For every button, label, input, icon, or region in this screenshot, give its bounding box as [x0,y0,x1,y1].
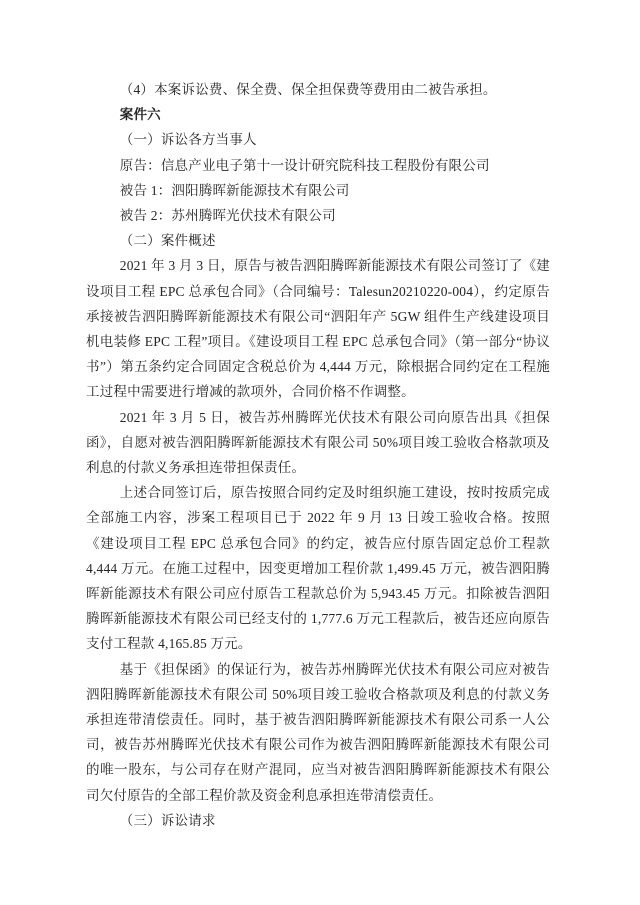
heading-section-claims: （三）诉讼请求 [86,808,550,833]
para-guarantee-letter: 2021 年 3 月 5 日，被告苏州腾晖光伏技术有限公司向原告出具《担保函》，… [86,405,550,481]
heading-section-overview: （二）案件概述 [86,228,550,253]
document-page: （4）本案诉讼费、保全费、保全担保费等费用由二被告承担。 案件六 （一）诉讼各方… [0,0,640,905]
line-defendant-1: 被告 1：泗阳腾晖新能源技术有限公司 [86,178,550,203]
para-project-completion: 上述合同签订后，原告按照合同约定及时组织施工建设，按时按质完成全部施工内容，涉案… [86,480,550,656]
para-contract-signing: 2021 年 3 月 3 日，原告与被告泗阳腾晖新能源技术有限公司签订了《建设项… [86,253,550,404]
heading-section-parties: （一）诉讼各方当事人 [86,127,550,152]
line-plaintiff: 原告：信息产业电子第十一设计研究院科技工程股份有限公司 [86,153,550,178]
line-defendant-2: 被告 2：苏州腾晖光伏技术有限公司 [86,203,550,228]
para-joint-liability: 基于《担保函》的保证行为，被告苏州腾晖光伏技术有限公司应对被告泗阳腾晖新能源技术… [86,657,550,808]
heading-case-six: 案件六 [86,102,550,127]
para-litigation-fees: （4）本案诉讼费、保全费、保全担保费等费用由二被告承担。 [86,77,550,102]
document-body: （4）本案诉讼费、保全费、保全担保费等费用由二被告承担。 案件六 （一）诉讼各方… [86,77,550,833]
